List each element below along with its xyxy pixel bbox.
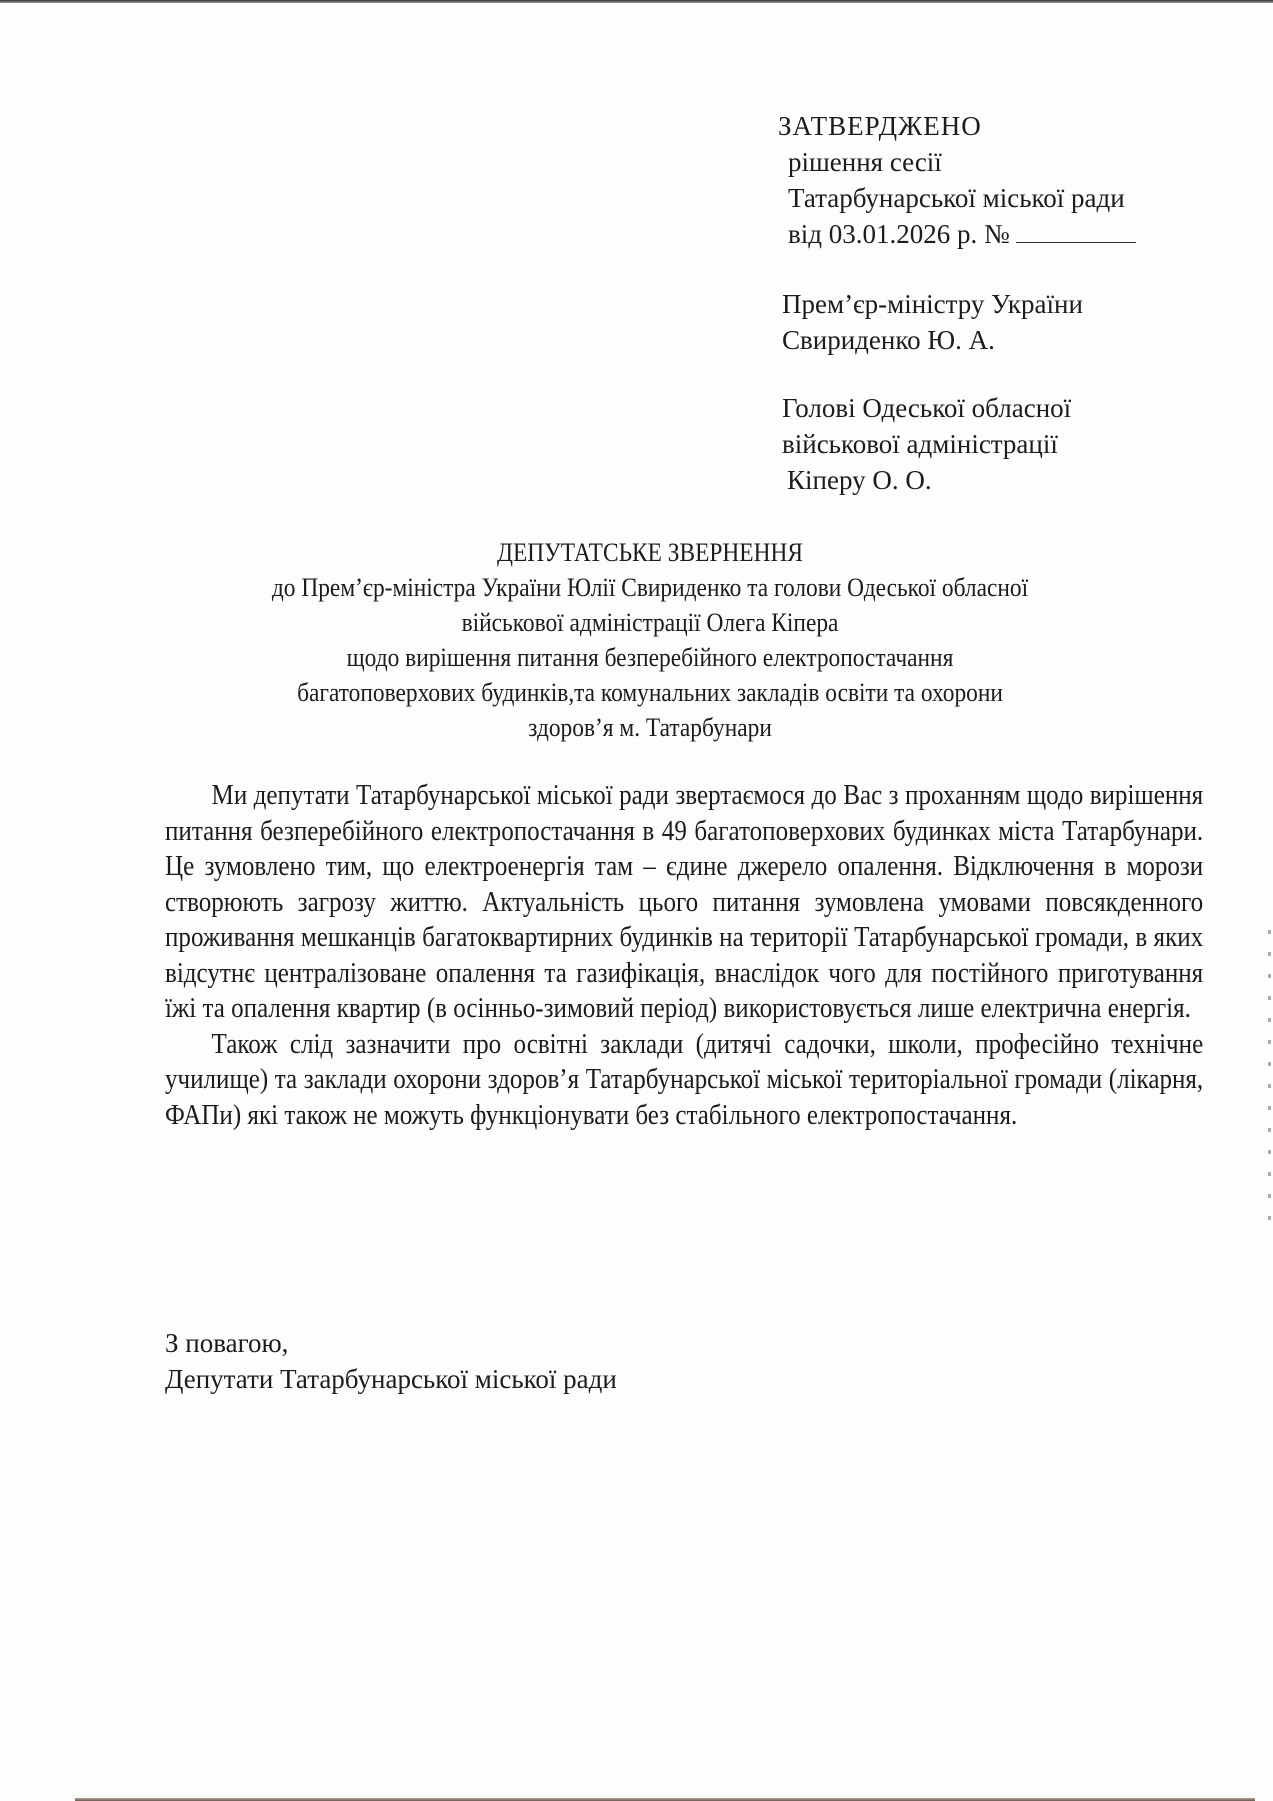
addressee-line: Кіперу О. О. [782,462,1071,498]
closing-block: З повагою, Депутати Татарбунарської місь… [165,1325,617,1397]
document-body: Ми депутати Татарбунарської міської ради… [165,778,1203,1133]
body-paragraph: Ми депутати Татарбунарської міської ради… [165,778,1203,1027]
addressee-prime-minister: Прем’єр-міністру України Свириденко Ю. А… [782,286,1083,358]
closing-greeting: З повагою, [165,1325,617,1361]
heading-line: до Прем’єр-міністра України Юлії Свириде… [151,570,1150,605]
approval-line-council: Татарбунарської міської ради [778,180,1136,216]
scan-bleed-mark [1268,930,1271,1220]
approval-date: від 03.01.2026 р. № [788,219,1010,249]
heading-line: багатоповерхових будинків,та комунальних… [151,675,1150,710]
heading-line: військової адміністрації Олега Кіпера [151,605,1150,640]
approval-number-blank [1016,220,1136,243]
paper-top-edge [0,0,1273,3]
closing-signature: Депутати Татарбунарської міської ради [165,1361,617,1397]
approval-date-line: від 03.01.2026 р. № [778,216,1136,252]
approval-stamp-block: ЗАТВЕРДЖЕНО рішення сесії Татарбунарсько… [778,108,1136,252]
heading-line: здоров’я м. Татарбунари [151,710,1150,745]
document-page: ЗАТВЕРДЖЕНО рішення сесії Татарбунарсько… [0,0,1273,1801]
heading-line: щодо вирішення питання безперебійного ел… [151,640,1150,675]
approval-title: ЗАТВЕРДЖЕНО [778,108,1136,144]
addressee-line: Прем’єр-міністру України [782,286,1083,322]
addressee-line: Голові Одеської обласної [782,390,1071,426]
addressee-oblast-head: Голові Одеської обласної військової адмі… [782,390,1071,498]
addressee-line: Свириденко Ю. А. [782,322,1083,358]
document-heading: ДЕПУТАТСЬКЕ ЗВЕРНЕННЯ до Прем’єр-міністр… [151,535,1150,745]
addressee-line: військової адміністрації [782,426,1071,462]
body-paragraph: Також слід зазначити про освітні заклади… [165,1027,1203,1134]
document-title: ДЕПУТАТСЬКЕ ЗВЕРНЕННЯ [151,535,1150,570]
approval-line-decision: рішення сесії [778,144,1136,180]
